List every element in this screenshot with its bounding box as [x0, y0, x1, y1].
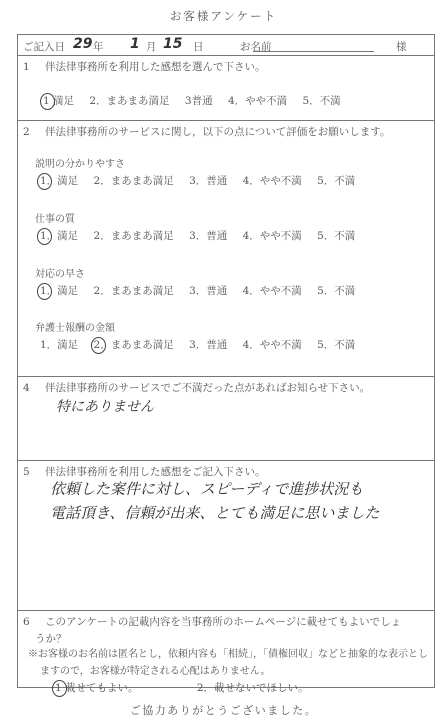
option-somewhat-satisfied[interactable]: 2．まあまあ満足	[94, 285, 174, 297]
question-6-text-line-1: このアンケートの記載内容を当事務所のホームページに載せてもよいでしょ	[45, 616, 401, 628]
option-somewhat-satisfied[interactable]: 2．まあまあ満足	[89, 95, 169, 107]
item-speed-label: 対応の早さ	[35, 265, 85, 280]
name-field[interactable]	[253, 51, 374, 52]
option-somewhat-satisfied[interactable]: 2．まあまあ満足	[94, 175, 174, 187]
question-5-answer-line-2[interactable]: 電話頂き、信頼が出来、とても満足に思いました	[50, 502, 379, 523]
question-4: 4伴法律事務所のサービスでご不満だった点があればお知らせ下さい。 特にありません	[18, 376, 434, 460]
option-satisfied[interactable]: 1．満足	[40, 285, 78, 297]
question-6: 6このアンケートの記載内容を当事務所のホームページに載せてもよいでしょ うか？ …	[18, 610, 434, 689]
option-somewhat-dissatisfied[interactable]: 4．やや不満	[243, 230, 302, 242]
question-6-number: 6	[23, 614, 45, 631]
question-2-text: 伴法律事務所のサービスに関し，以下の点について評価をお願いします。	[45, 126, 390, 138]
question-1-title: 1伴法律事務所を利用した感想を選んで下さい。	[23, 59, 266, 74]
question-6-title: 6このアンケートの記載内容を当事務所のホームページに載せてもよいでしょ	[23, 614, 401, 631]
question-6-options: 1 載せてもよい。 2．載せないでほしい。	[55, 680, 321, 695]
question-5: 5伴法律事務所を利用した感想をご記入下さい。 依頼した案件に対し、スピーディで進…	[18, 460, 434, 610]
year-value[interactable]: 29	[73, 36, 92, 52]
month-value[interactable]: 1	[130, 36, 140, 52]
option-satisfied[interactable]: 1．満足	[40, 175, 78, 187]
option-deny-publish[interactable]: 2．載せないでほしい。	[197, 682, 309, 694]
option-dissatisfied[interactable]: 5．不満	[302, 95, 340, 107]
question-4-number: 4	[23, 382, 45, 394]
option-somewhat-satisfied[interactable]: 2．まあまあ満足	[94, 339, 174, 351]
option-neutral[interactable]: 3普通	[185, 95, 213, 107]
question-1-options: 1 満足 2．まあまあ満足 3普通 4．やや不満 5．不満	[43, 93, 353, 108]
option-somewhat-dissatisfied[interactable]: 4．やや不満	[228, 95, 287, 107]
question-4-text: 伴法律事務所のサービスでご不満だった点があればお知らせ下さい。	[45, 382, 370, 394]
question-1: 1伴法律事務所を利用した感想を選んで下さい。 1 満足 2．まあまあ満足 3普通…	[18, 55, 434, 120]
item-clarity-label: 説明の分かりやすさ	[35, 155, 125, 170]
question-1-number: 1	[23, 61, 45, 73]
option-dissatisfied[interactable]: 5．不満	[317, 339, 355, 351]
option-somewhat-dissatisfied[interactable]: 4．やや不満	[243, 285, 302, 297]
option-satisfied[interactable]: 1 満足	[43, 95, 74, 107]
question-1-text: 伴法律事務所を利用した感想を選んで下さい。	[45, 61, 266, 73]
option-neutral[interactable]: 3．普通	[189, 285, 227, 297]
question-2: 2伴法律事務所のサービスに関し，以下の点について評価をお願いします。 説明の分か…	[18, 120, 434, 376]
survey-title: お客様アンケート	[0, 8, 447, 24]
option-somewhat-dissatisfied[interactable]: 4．やや不満	[243, 175, 302, 187]
question-6-text-line-2: うか？	[35, 631, 67, 646]
question-4-answer[interactable]: 特にありません	[56, 396, 154, 416]
item-quality-label: 仕事の質	[35, 210, 75, 225]
option-neutral[interactable]: 3．普通	[189, 230, 227, 242]
item-fee-options: 1．満足 2．まあまあ満足 3．普通 4．やや不満 5．不満	[40, 337, 367, 352]
option-dissatisfied[interactable]: 5．不満	[317, 175, 355, 187]
option-allow-publish[interactable]: 1 載せてもよい。	[55, 682, 139, 694]
item-speed-options: 1．満足 2．まあまあ満足 3．普通 4．やや不満 5．不満	[40, 283, 367, 298]
option-satisfied[interactable]: 1．満足	[40, 230, 78, 242]
question-5-number: 5	[23, 466, 45, 478]
question-5-text: 伴法律事務所を利用した感想をご記入下さい。	[45, 466, 266, 478]
year-label: 年	[93, 39, 104, 54]
thank-you-message: ご協力ありがとうございました。	[0, 702, 447, 718]
privacy-note-line-2: ますので，お客様が特定される心配はありません。	[40, 663, 447, 680]
option-somewhat-satisfied[interactable]: 2．まあまあ満足	[94, 230, 174, 242]
name-suffix: 様	[396, 39, 407, 54]
survey-form: ご記入日 29 年 1 月 15 日 お名前 様 1伴法律事務所を利用した感想を…	[17, 34, 435, 688]
item-quality-options: 1．満足 2．まあまあ満足 3．普通 4．やや不満 5．不満	[40, 228, 367, 243]
option-somewhat-dissatisfied[interactable]: 4．やや不満	[243, 339, 302, 351]
option-dissatisfied[interactable]: 5．不満	[317, 285, 355, 297]
date-label: ご記入日	[23, 39, 65, 54]
option-satisfied[interactable]: 1．満足	[40, 339, 78, 351]
item-clarity-options: 1．満足 2．まあまあ満足 3．普通 4．やや不満 5．不満	[40, 173, 367, 188]
option-neutral[interactable]: 3．普通	[189, 339, 227, 351]
option-dissatisfied[interactable]: 5．不満	[317, 230, 355, 242]
privacy-note-line-1: ※お客様のお名前は匿名とし，依頼内容も「相続」，「債権回収」などと抽象的な表示と…	[28, 646, 438, 663]
header-row: ご記入日 29 年 1 月 15 日 お名前 様	[18, 35, 434, 55]
question-2-title: 2伴法律事務所のサービスに関し，以下の点について評価をお願いします。	[23, 124, 390, 139]
question-5-title: 5伴法律事務所を利用した感想をご記入下さい。	[23, 464, 266, 479]
option-neutral[interactable]: 3．普通	[189, 175, 227, 187]
question-4-title: 4伴法律事務所のサービスでご不満だった点があればお知らせ下さい。	[23, 380, 370, 395]
question-2-number: 2	[23, 126, 45, 138]
item-fee-label: 弁護士報酬の金額	[35, 319, 115, 334]
day-label: 日	[193, 39, 204, 54]
day-value[interactable]: 15	[163, 36, 182, 52]
question-5-answer-line-1[interactable]: 依頼した案件に対し、スピーディで進捗状況も	[50, 478, 363, 499]
month-label: 月	[146, 39, 157, 54]
